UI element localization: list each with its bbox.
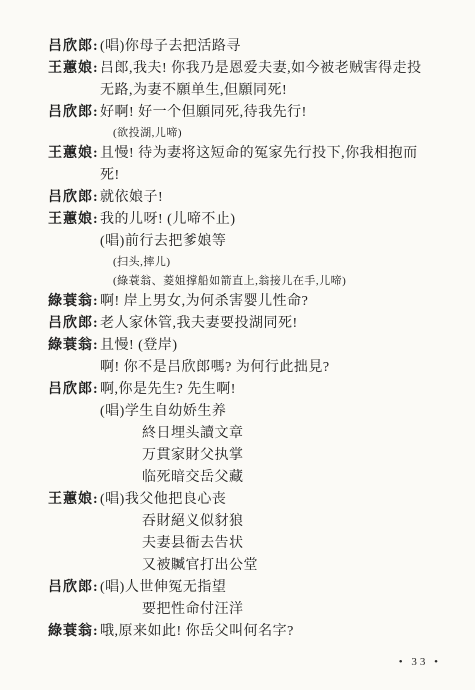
dialogue-row: 終日埋头讀文章 — [48, 423, 457, 445]
dialogue-text: 死! — [100, 165, 457, 187]
dialogue-row: 王蕙娘:吕郎,我夫! 你我乃是恩爱夫妻,如今被老贼害得走投 — [48, 58, 457, 80]
dialogue-text: 啊,你是先生? 先生啊! — [100, 379, 457, 401]
dialogue-row: (欲投湖,儿啼) — [48, 124, 457, 143]
dialogue-row: 万貫家財父执掌 — [48, 445, 457, 467]
dialogue-row: 啊! 你不是吕欣郎嗎? 为何行此拙見? — [48, 357, 457, 379]
dialogue-row: 王蕙娘:且慢! 待为妻将这短命的冤家先行投下,你我相抱而 — [48, 143, 457, 165]
dialogue-text: 啊! 岸上男女,为何杀害婴儿性命? — [100, 291, 457, 313]
dialogue-row: 夫妻县衙去告状 — [48, 533, 457, 555]
dialogue-text: (唱)你母子去把活路寻 — [100, 36, 457, 58]
speaker-name: 王蕙娘: — [48, 58, 100, 80]
dialogue-text: 且慢! (登岸) — [100, 335, 457, 357]
speaker-name: 吕欣郎: — [48, 313, 100, 335]
speaker-name: 吕欣郎: — [48, 187, 100, 209]
stage-direction: (扫头,摔儿) — [100, 253, 457, 272]
speaker-name: 綠蓑翁: — [48, 335, 100, 357]
dialogue-row: 临死暗交岳父藏 — [48, 467, 457, 489]
dialogue-row: 綠蓑翁:且慢! (登岸) — [48, 335, 457, 357]
dialogue-row: 又被贓官打出公堂 — [48, 555, 457, 577]
dialogue-row: 无路,为妻不願单生,但願同死! — [48, 80, 457, 102]
stage-direction: (綠蓑翁、菱姐撑船如箭直上,翁接儿在手,儿啼) — [100, 272, 457, 291]
speaker-name: 吕欣郎: — [48, 36, 100, 58]
page-number: • 33 • — [399, 656, 441, 668]
dialogue-text: 好啊! 好一个但願同死,待我先行! — [100, 102, 457, 124]
dialogue-row: 綠蓑翁:啊! 岸上男女,为何杀害婴儿性命? — [48, 291, 457, 313]
speaker-name: 綠蓑翁: — [48, 291, 100, 313]
dialogue-row: 吕欣郎:啊,你是先生? 先生啊! — [48, 379, 457, 401]
dialogue-text: 哦,原来如此! 你岳父叫何名字? — [100, 621, 457, 643]
dialogue-row: (唱)前行去把爹娘等 — [48, 231, 457, 253]
speaker-name: 吕欣郎: — [48, 102, 100, 124]
dialogue-row: 吞財絕义似豺狼 — [48, 511, 457, 533]
dialogue-text: (唱)人世伸冤无指望 — [100, 577, 457, 599]
dialogue-row: 吕欣郎:老人家休管,我夫妻要投湖同死! — [48, 313, 457, 335]
verse-line: 临死暗交岳父藏 — [100, 467, 457, 489]
dialogue-row: 王蕙娘:我的儿呀! (儿啼不止) — [48, 209, 457, 231]
speaker-name: 王蕙娘: — [48, 143, 100, 165]
dialogue-row: 吕欣郎:就依娘子! — [48, 187, 457, 209]
dialogue-row: (綠蓑翁、菱姐撑船如箭直上,翁接儿在手,儿啼) — [48, 272, 457, 291]
script-page: 吕欣郎:(唱)你母子去把活路寻王蕙娘:吕郎,我夫! 你我乃是恩爱夫妻,如今被老贼… — [0, 0, 475, 690]
dialogue-row: 吕欣郎:(唱)人世伸冤无指望 — [48, 577, 457, 599]
dialogue-row: 吕欣郎:好啊! 好一个但願同死,待我先行! — [48, 102, 457, 124]
dialogue-text: 吕郎,我夫! 你我乃是恩爱夫妻,如今被老贼害得走投 — [100, 58, 457, 80]
verse-line: 夫妻县衙去告状 — [100, 533, 457, 555]
dialogue-row: 王蕙娘:(唱)我父他把良心丧 — [48, 489, 457, 511]
dialogue-text: (唱)前行去把爹娘等 — [100, 231, 457, 253]
verse-line: 又被贓官打出公堂 — [100, 555, 457, 577]
dialogue-row: 綠蓑翁:哦,原来如此! 你岳父叫何名字? — [48, 621, 457, 643]
verse-line: 吞財絕义似豺狼 — [100, 511, 457, 533]
speaker-name: 王蕙娘: — [48, 489, 100, 511]
dialogue-list: 吕欣郎:(唱)你母子去把活路寻王蕙娘:吕郎,我夫! 你我乃是恩爱夫妻,如今被老贼… — [48, 36, 457, 643]
speaker-name: 綠蓑翁: — [48, 621, 100, 643]
dialogue-text: 就依娘子! — [100, 187, 457, 209]
stage-direction: (欲投湖,儿啼) — [100, 124, 457, 143]
verse-line: 要把性命付汪洋 — [100, 599, 457, 621]
verse-line: 終日埋头讀文章 — [100, 423, 457, 445]
dialogue-text: 无路,为妻不願单生,但願同死! — [100, 80, 457, 102]
dialogue-row: 要把性命付汪洋 — [48, 599, 457, 621]
dialogue-row: (扫头,摔儿) — [48, 253, 457, 272]
speaker-name: 王蕙娘: — [48, 209, 100, 231]
dialogue-text: 我的儿呀! (儿啼不止) — [100, 209, 457, 231]
speaker-name: 吕欣郎: — [48, 577, 100, 599]
speaker-name: 吕欣郎: — [48, 379, 100, 401]
dialogue-row: 吕欣郎:(唱)你母子去把活路寻 — [48, 36, 457, 58]
dialogue-row: (唱)学生自幼娇生养 — [48, 401, 457, 423]
dialogue-row: 死! — [48, 165, 457, 187]
dialogue-text: 啊! 你不是吕欣郎嗎? 为何行此拙見? — [100, 357, 457, 379]
verse-line: 万貫家財父执掌 — [100, 445, 457, 467]
dialogue-text: 且慢! 待为妻将这短命的冤家先行投下,你我相抱而 — [100, 143, 457, 165]
dialogue-text: (唱)我父他把良心丧 — [100, 489, 457, 511]
dialogue-text: (唱)学生自幼娇生养 — [100, 401, 457, 423]
dialogue-text: 老人家休管,我夫妻要投湖同死! — [100, 313, 457, 335]
